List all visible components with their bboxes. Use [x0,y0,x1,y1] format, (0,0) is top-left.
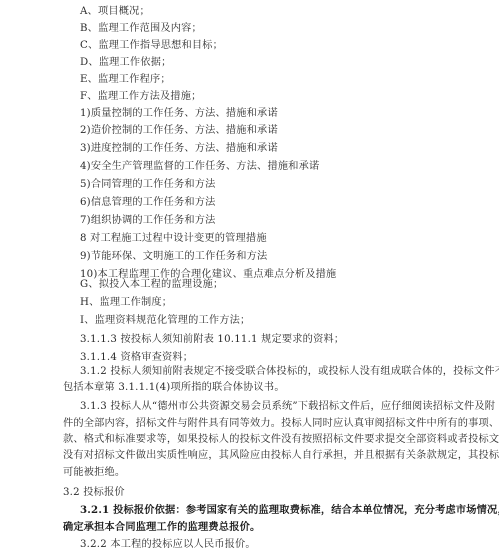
outline-item: 6)信息管理的工作任务和方法 [80,196,216,210]
outline-item: 8 对工程施工过程中设计变更的管理措施 [80,232,267,246]
paragraph-3-1-3-line: 件的全部内容，招标文件与附件具有同等效力。投标人同时应认真审阅招标文件中所有的事… [63,417,439,431]
outline-item: 2)造价控制的工作任务、方法、措施和承诺 [80,124,278,138]
outline-item: G、拟投入本工程的监理设施； [80,278,223,292]
paragraph-3-1-2-line: 包括本章第 3.1.1.1(4)项所指的联合体协议书。 [63,381,285,395]
outline-item: I、监理资料规范化管理的工作方法； [80,314,250,328]
outline-item: A、项目概况； [80,5,150,19]
outline-item: 4)安全生产管理监督的工作任务、方法、措施和承诺 [80,160,319,174]
paragraph-3-2-2: 3.2.2 本工程的投标应以人民币报价。 [80,538,256,551]
outline-item: 1)质量控制的工作任务、方法、措施和承诺 [80,107,278,121]
paragraph-3-1-3-line: 款、格式和标准要求等，如果投标人的投标文件没有按照招标文件要求提交全部资料或者投… [63,433,439,447]
outline-item: 3.1.1.4 资格审查资料； [80,351,193,365]
section-heading-3-2: 3.2 投标报价 [63,486,125,500]
outline-item: 9)节能环保、文明施工的工作任务和方法 [80,250,267,264]
paragraph-3-1-3-line: 3.1.3 投标人从“德州市公共资源交易会员系统”下载招标文件后，应仔细阅读招标… [80,400,439,414]
outline-item: 5)合同管理的工作任务和方法 [80,178,216,192]
paragraph-3-2-1-line: 确定承担本合同监理工作的监理费总报价。 [63,520,260,534]
paragraph-3-1-3-line: 可能被拒绝。 [63,466,125,480]
document-page: A、项目概况； B、监理工作范围及内容； C、监理工作指导思想和目标； D、监理… [0,0,499,551]
paragraph-3-2-1-line: 3.2.1 投标报价依据：参考国家有关的监理取费标准，结合本单位情况，充分考虑市… [80,503,499,517]
outline-item: E、监理工作程序； [80,73,171,87]
outline-item: 3.1.1.3 按投标人须知前附表 10.11.1 规定要求的资料； [80,333,344,347]
paragraph-3-1-2-line: 3.1.2 投标人须知前附表规定不接受联合体投标的，或投标人没有组成联合体的，投… [80,365,439,379]
outline-item: 3)进度控制的工作任务、方法、措施和承诺 [80,142,278,156]
outline-item: C、监理工作指导思想和目标； [80,39,223,53]
outline-item: D、监理工作依据； [80,56,171,70]
outline-item: F、监理工作方法及措施； [80,90,202,104]
paragraph-3-1-3-line: 没有对招标文件做出实质性响应，其风险应由投标人自行承担，并且根据有关条款规定，其… [63,449,439,463]
outline-item: H、监理工作制度； [80,296,172,310]
outline-item: B、监理工作范围及内容； [80,22,202,36]
outline-item: 7)组织协调的工作任务和方法 [80,214,216,228]
